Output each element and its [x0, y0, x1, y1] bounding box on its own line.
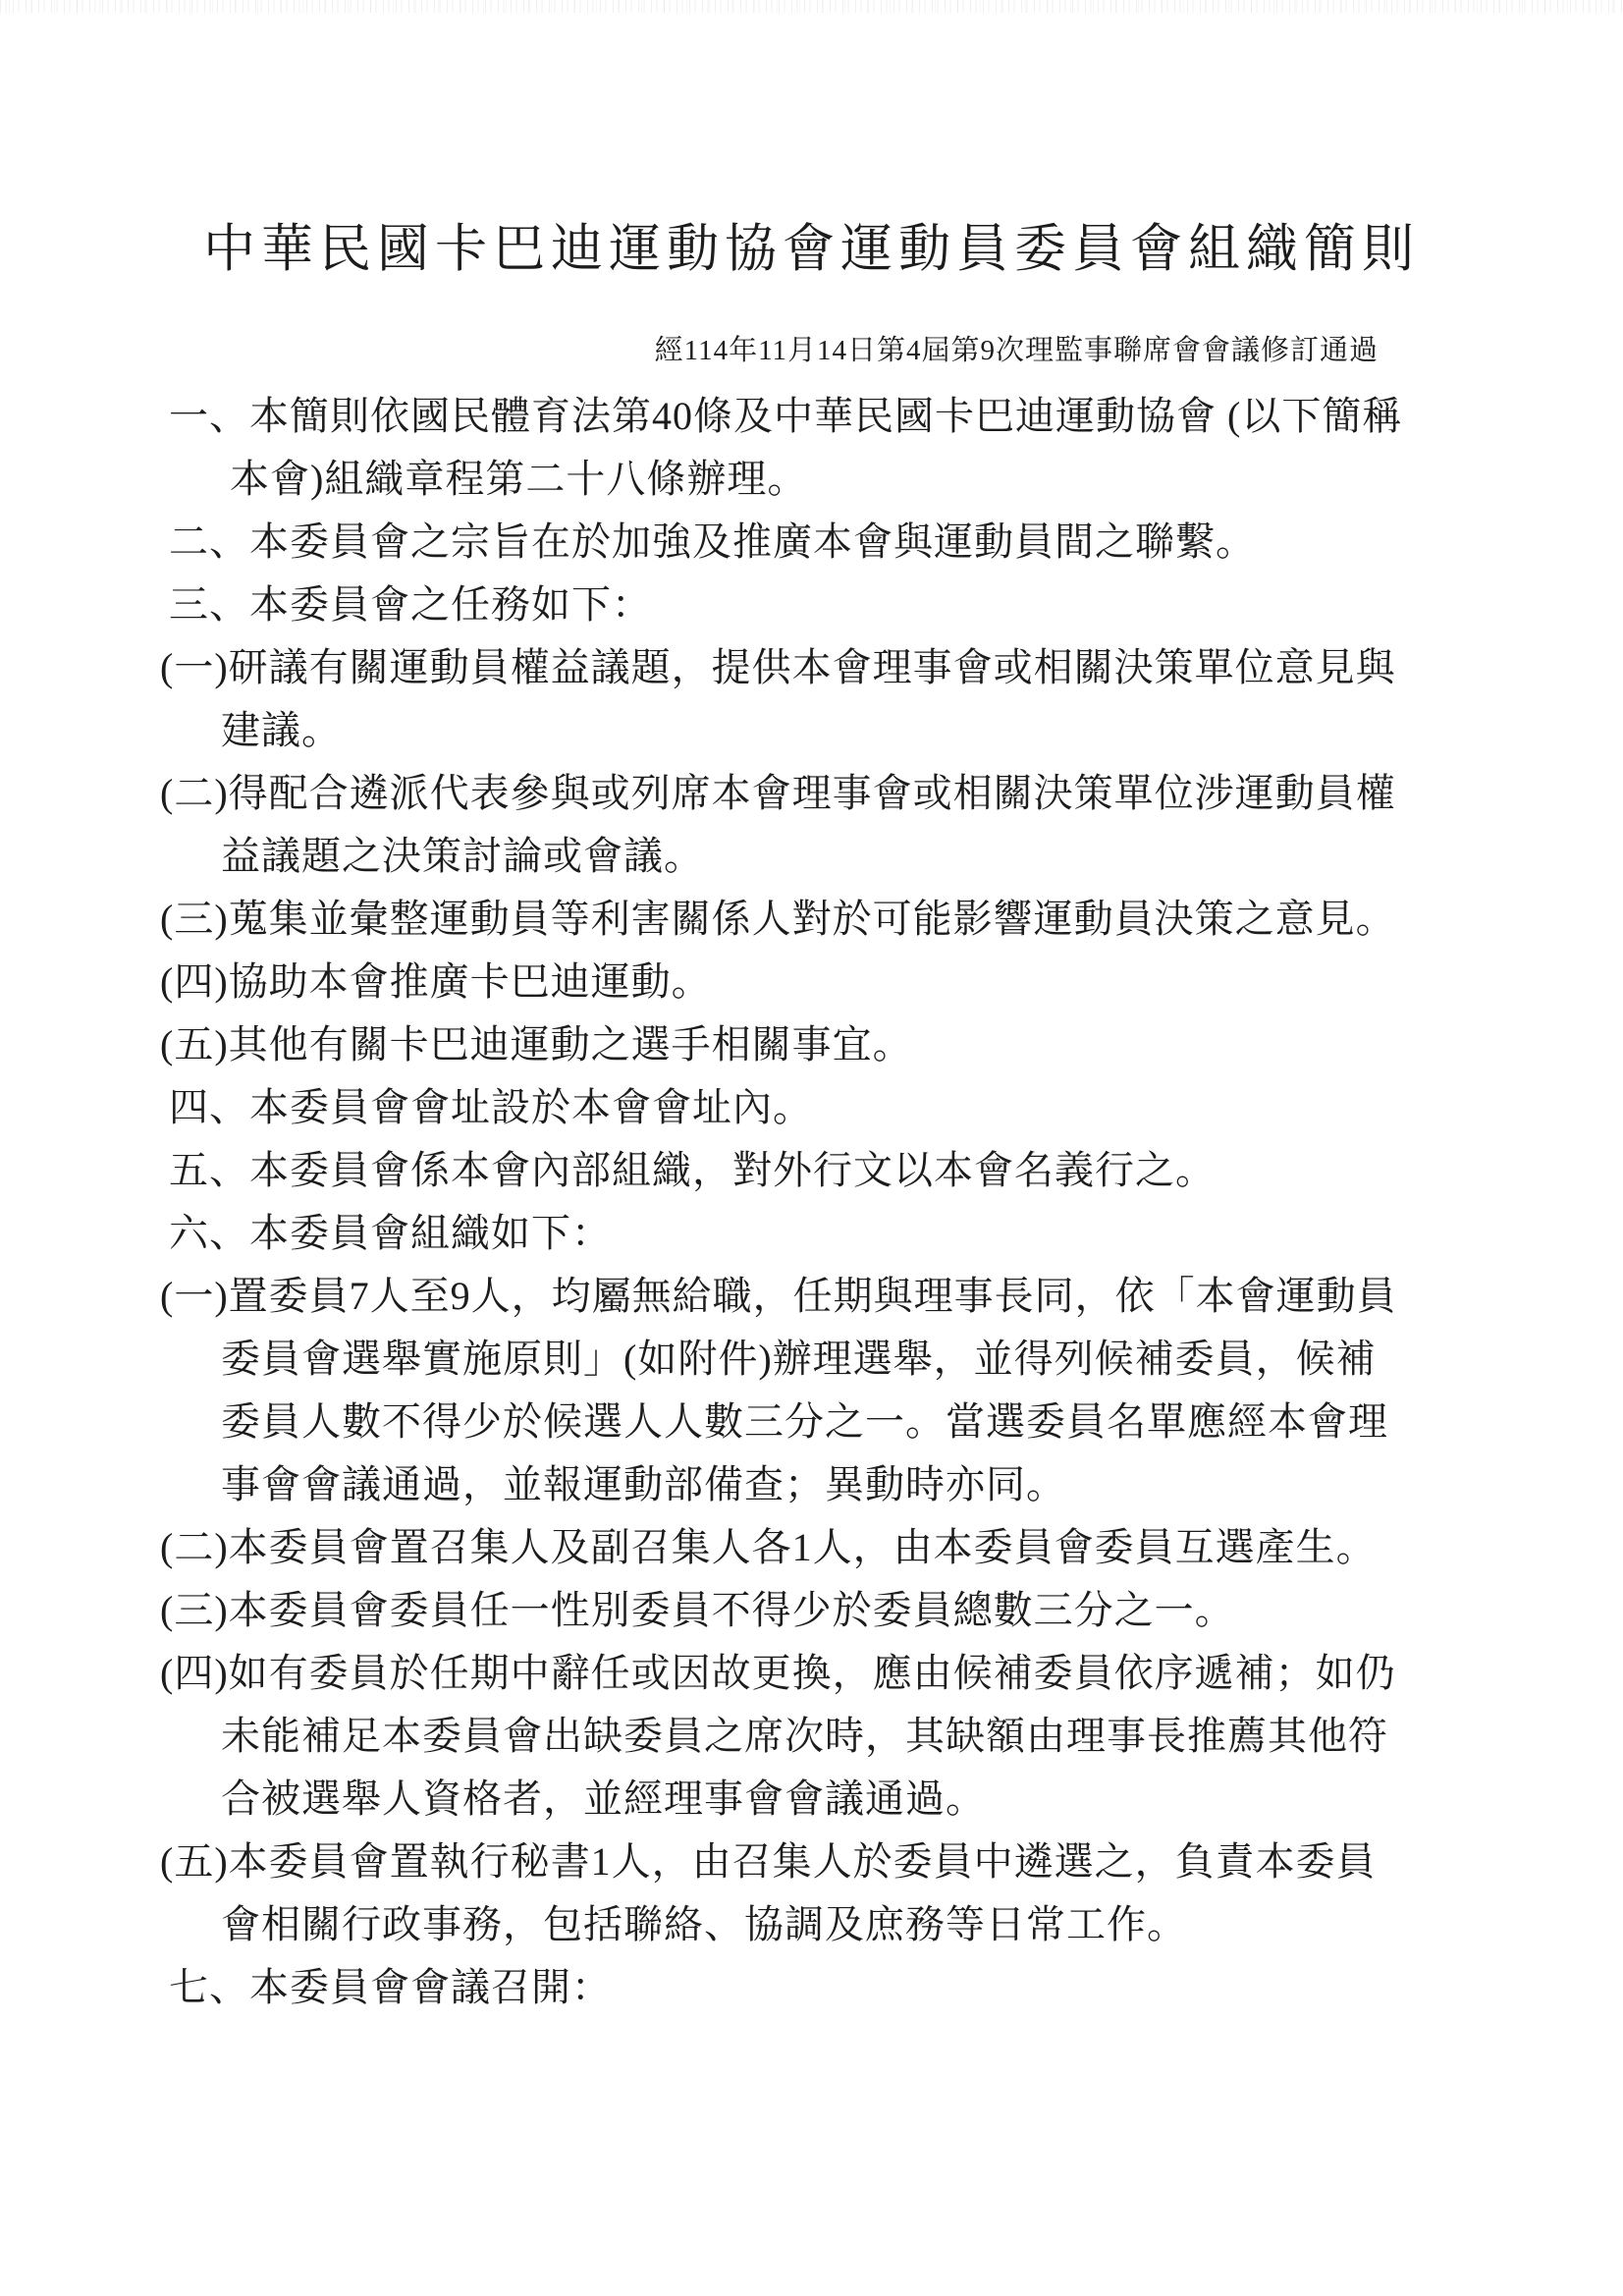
- clause-3-5: (五)其他有關卡巴迪運動之選手相關事宜。: [160, 1013, 1407, 1076]
- scan-noise-band: [0, 0, 1623, 13]
- clause-3-2: (二)得配合遴派代表參與或列席本會理事會或相關決策單位涉運動員權益議題之決策討論…: [160, 762, 1407, 888]
- article-6: 六、本委員會組織如下：: [169, 1202, 1407, 1265]
- clause-6-4: (四)如有委員於任期中辭任或因故更換，應由候補委員依序遞補；如仍未能補足本委員會…: [160, 1642, 1407, 1831]
- article-3: 三、本委員會之任務如下：: [169, 574, 1407, 636]
- clause-6-5: (五)本委員會置執行秘書1人，由召集人於委員中遴選之，負責本委員會相關行政事務，…: [160, 1831, 1407, 1956]
- clause-3-4: (四)協助本會推廣卡巴迪運動。: [160, 951, 1407, 1013]
- clause-6-3: (三)本委員會委員任一性別委員不得少於委員總數三分之一。: [160, 1579, 1407, 1642]
- clause-3-1: (一)研議有關運動員權益議題，提供本會理事會或相關決策單位意見與建議。: [160, 636, 1407, 762]
- article-4: 四、本委員會會址設於本會會址內。: [169, 1076, 1407, 1139]
- clause-6-2: (二)本委員會置召集人及副召集人各1人，由本委員會委員互選產生。: [160, 1516, 1407, 1579]
- clause-3-3: (三)蒐集並彙整運動員等利害關係人對於可能影響運動員決策之意見。: [160, 888, 1407, 951]
- document-page: 中華民國卡巴迪運動協會運動員委員會組織簡則 經114年11月14日第4屆第9次理…: [0, 0, 1623, 2296]
- article-1: 一、本簡則依國民體育法第40條及中華民國卡巴迪運動協會 (以下簡稱本會)組織章程…: [169, 385, 1407, 511]
- clause-6-1: (一)置委員7人至9人，均屬無給職，任期與理事長同，依「本會運動員委員會選舉實施…: [160, 1265, 1407, 1516]
- article-7: 七、本委員會會議召開：: [169, 1956, 1407, 2019]
- article-2: 二、本委員會之宗旨在於加強及推廣本會與運動員間之聯繫。: [169, 511, 1407, 574]
- document-title: 中華民國卡巴迪運動協會運動員委員會組織簡則: [0, 0, 1623, 282]
- revision-note: 經114年11月14日第4屆第9次理監事聯席會會議修訂通過: [0, 333, 1623, 370]
- document-body: 一、本簡則依國民體育法第40條及中華民國卡巴迪運動協會 (以下簡稱本會)組織章程…: [160, 385, 1407, 2019]
- article-5: 五、本委員會係本會內部組織，對外行文以本會名義行之。: [169, 1139, 1407, 1202]
